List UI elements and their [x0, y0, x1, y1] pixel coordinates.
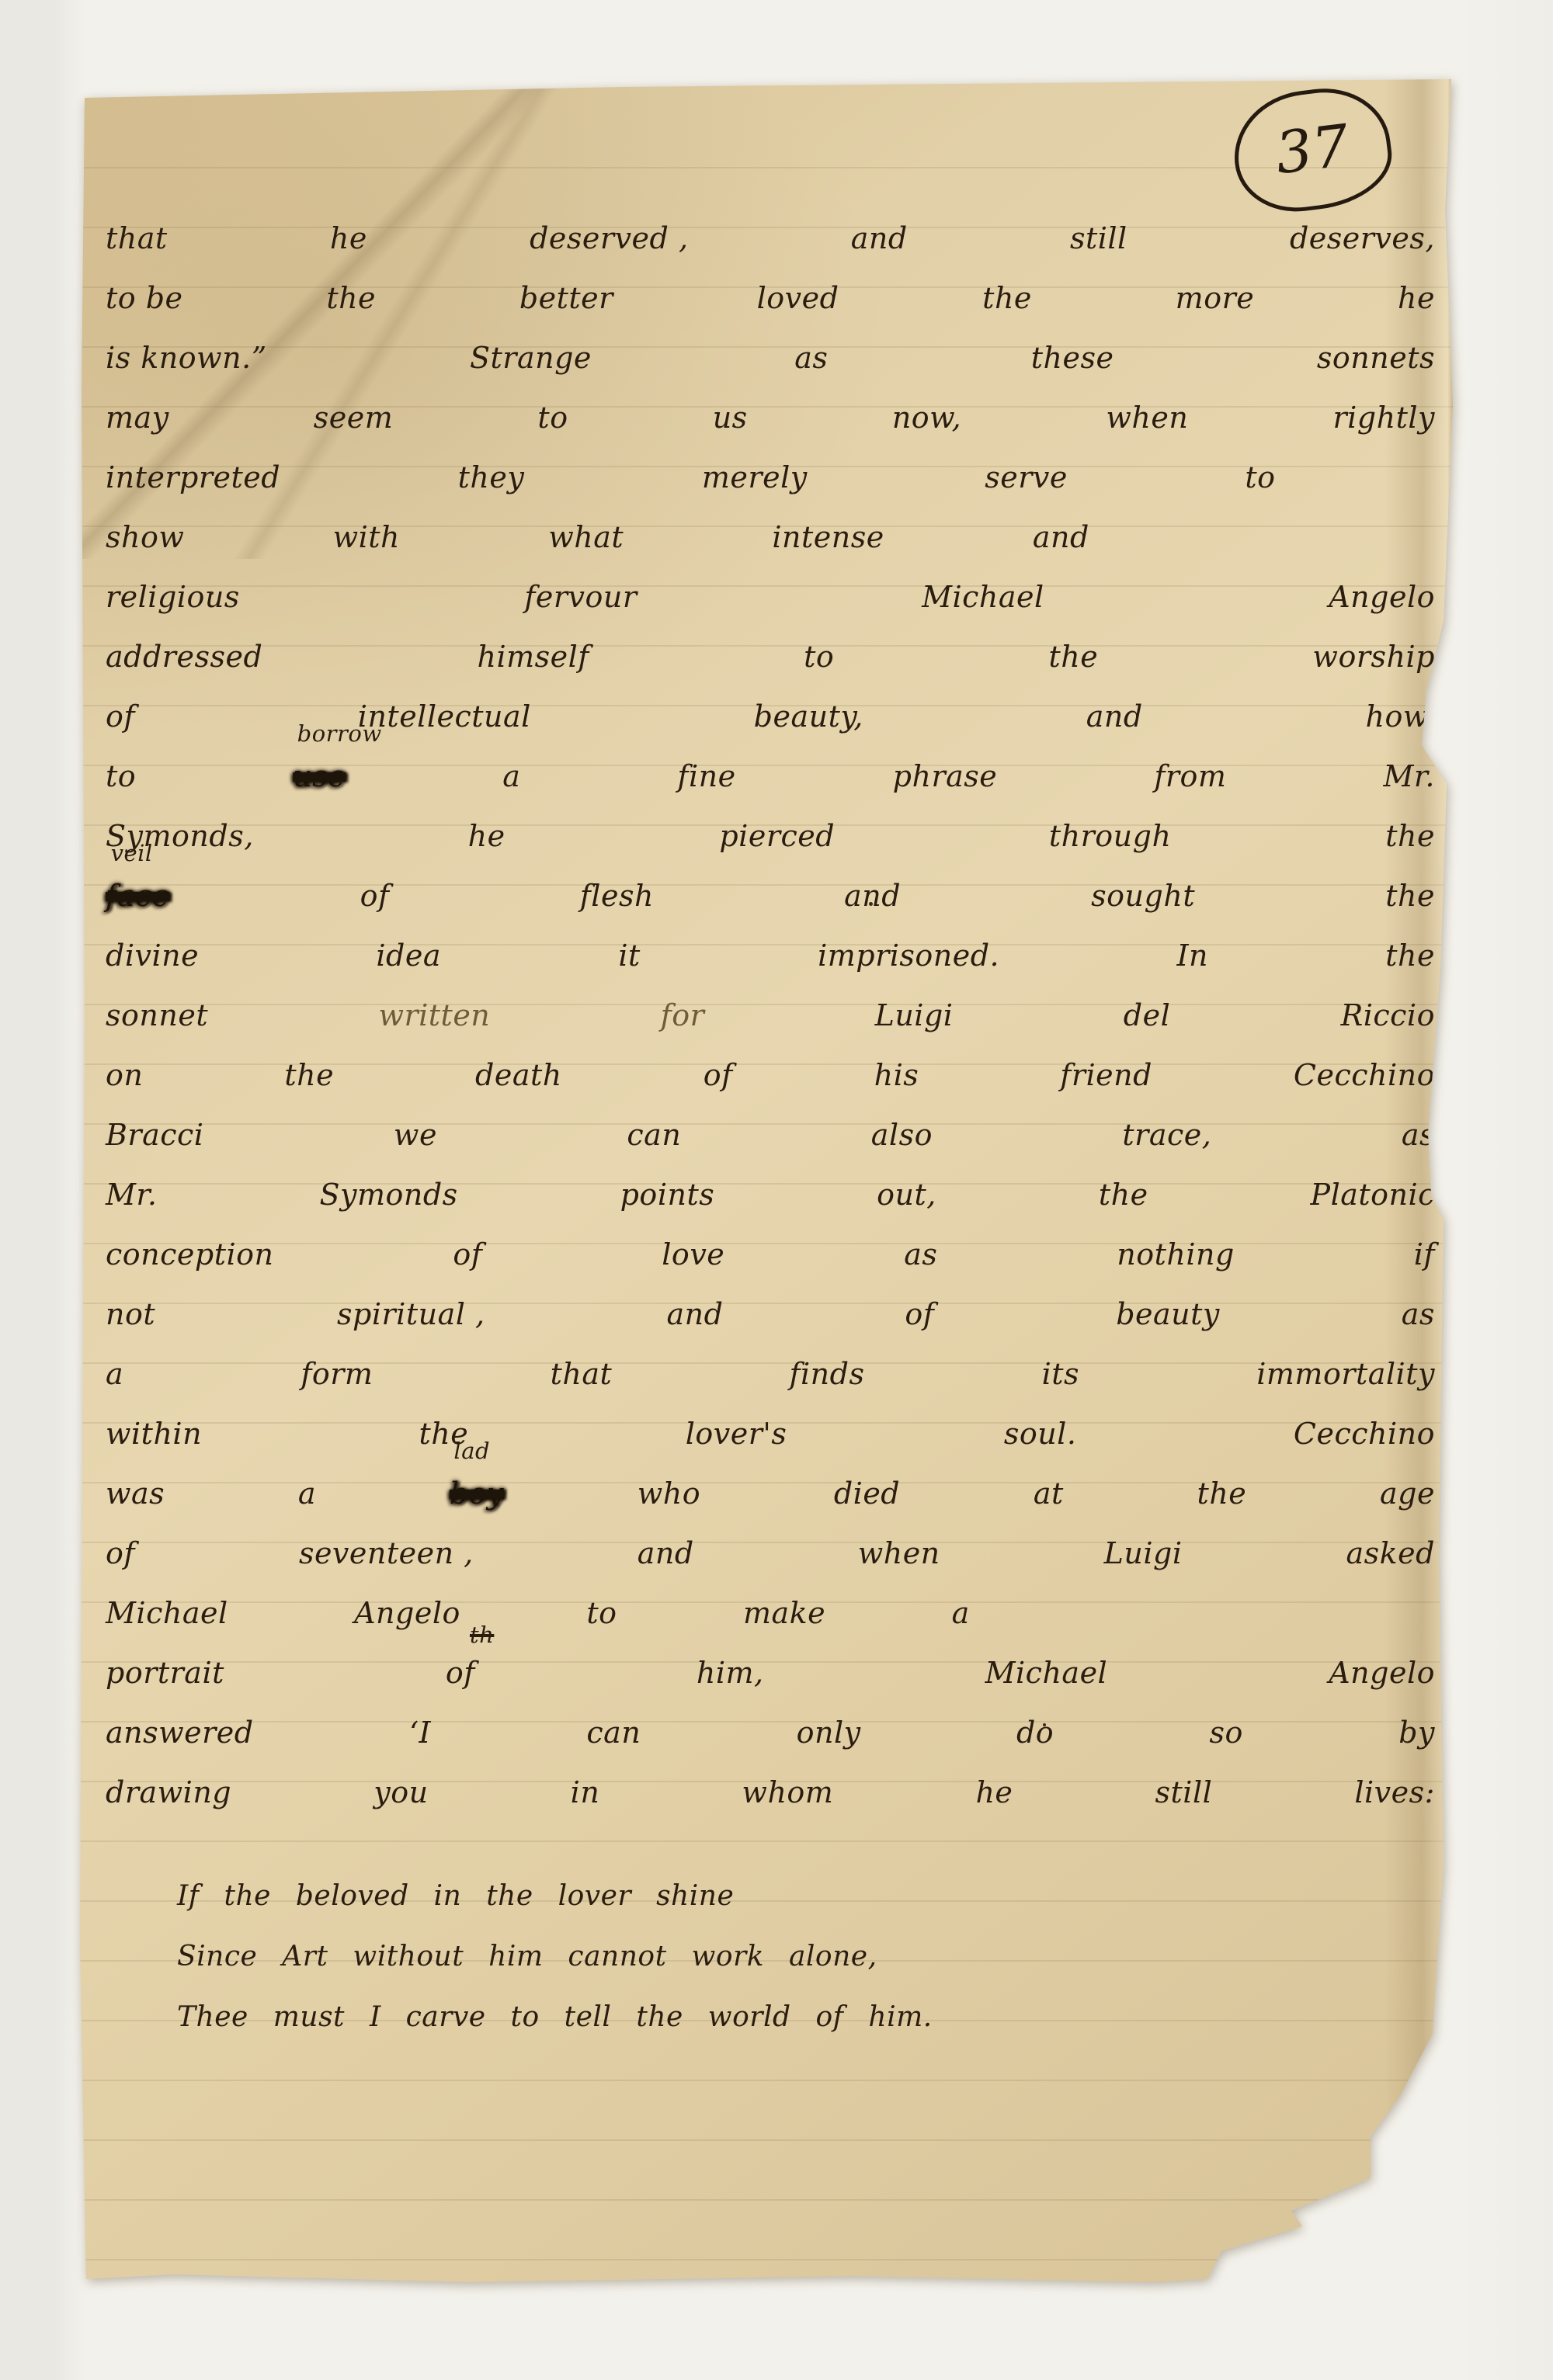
handwritten-word: imprisoned.: [818, 938, 999, 973]
interlinear-insertion: veil: [111, 840, 153, 866]
handwritten-word: addressed: [106, 640, 262, 674]
handwritten-word: now,: [892, 401, 961, 435]
handwritten-word: Luigi: [875, 998, 954, 1032]
interlinear-insertion: borrow: [297, 720, 382, 747]
page-number: 37: [1272, 113, 1353, 188]
manuscript-page: 37 thathedeserved ,andstilldeserves,to b…: [80, 78, 1453, 2282]
handwritten-word: out,: [877, 1178, 936, 1212]
manuscript-line: addressedhimselftotheworship: [106, 619, 1435, 678]
struck-word: faceveil: [106, 879, 170, 913]
handwritten-word: In: [1176, 938, 1207, 973]
handwritten-word: if: [1414, 1237, 1435, 1272]
handwritten-word: Riccio: [1341, 998, 1435, 1032]
handwritten-word: how,: [1366, 699, 1435, 734]
verse-block: If the beloved in the lover shineSince A…: [177, 1880, 933, 2062]
handwritten-word: deserved ,: [530, 221, 688, 255]
handwritten-word: when: [1106, 401, 1188, 435]
manuscript-line: withinthelover'ssoul.Cecchino: [106, 1396, 1435, 1455]
handwritten-word: at: [1034, 1476, 1064, 1511]
handwritten-word: you: [373, 1775, 428, 1809]
handwritten-word: what: [548, 520, 624, 554]
handwritten-word: fine: [677, 759, 735, 793]
handwritten-word: the: [982, 281, 1032, 315]
handwritten-word: his: [874, 1058, 919, 1092]
verse-line: Since Art without him cannot work alone,: [177, 1941, 933, 2001]
handwritten-word: with: [333, 520, 400, 554]
handwritten-word: that: [551, 1357, 613, 1391]
manuscript-line: onthedeathofhisfriendCecchino: [106, 1037, 1435, 1097]
manuscript-line: to bethebetterlovedthemorehe: [106, 260, 1435, 320]
handwritten-word: trace,: [1122, 1118, 1211, 1152]
handwritten-word: conception: [106, 1237, 274, 1272]
handwritten-word: Michael: [106, 1596, 228, 1630]
handwritten-word: in: [571, 1775, 600, 1809]
handwritten-word: also: [871, 1118, 933, 1152]
manuscript-line: conceptionofloveasnothingif: [106, 1216, 1435, 1276]
handwritten-word: Mr.: [106, 1178, 157, 1212]
handwritten-word: religious: [106, 580, 240, 614]
handwritten-word: beauty: [1116, 1297, 1220, 1331]
handwritten-word: Platonic: [1311, 1178, 1435, 1212]
interlinear-insertion: th: [470, 1622, 494, 1648]
handwritten-word: is known.”: [106, 341, 267, 375]
manuscript-line: drawingyouinwhomhestilllives:: [106, 1754, 1435, 1814]
handwritten-word: only: [797, 1716, 861, 1750]
handwritten-word: can: [627, 1118, 681, 1152]
handwritten-word: and: [1086, 699, 1143, 734]
handwritten-word: pierced: [719, 819, 835, 853]
handwritten-word: he: [1398, 281, 1435, 315]
manuscript-line: notspiritual ,andofbeautyas: [106, 1276, 1435, 1336]
handwritten-word: a: [106, 1357, 123, 1391]
manuscript-line: portraitofthhim,MichaelAngelo: [106, 1635, 1435, 1695]
handwritten-word: interpreted: [106, 460, 280, 494]
manuscript-line: thathedeserved ,andstilldeserves,: [106, 200, 1435, 260]
handwritten-word: serve: [985, 460, 1068, 494]
handwritten-word: through: [1049, 819, 1172, 853]
handwritten-word: Angelo: [354, 1596, 460, 1630]
handwritten-word: beauty,: [754, 699, 863, 734]
handwritten-word: asked: [1346, 1536, 1435, 1570]
handwritten-word: sonnet: [106, 998, 208, 1032]
handwritten-word: loved: [757, 281, 839, 315]
handwritten-word: of: [360, 879, 390, 913]
handwritten-word: he: [975, 1775, 1013, 1809]
struck-word: useborrow: [293, 759, 346, 793]
handwritten-word: the: [1099, 1178, 1148, 1212]
handwritten-word: still: [1155, 1775, 1213, 1809]
handwritten-word: the: [326, 281, 376, 315]
handwritten-word: ‘I: [409, 1716, 431, 1750]
handwritten-word: age: [1380, 1476, 1435, 1511]
handwritten-word: and: [844, 879, 901, 913]
handwritten-word: from: [1154, 759, 1226, 793]
handwritten-word: flesh: [580, 879, 654, 913]
handwritten-word: rightly: [1332, 401, 1435, 435]
manuscript-line: ofseventeen ,andwhenLuigiasked: [106, 1515, 1435, 1575]
handwritten-word: and: [638, 1536, 694, 1570]
handwritten-word: it: [618, 938, 640, 973]
handwritten-word: the: [1385, 938, 1435, 973]
handwritten-word: the: [1385, 819, 1435, 853]
handwritten-word: Michael: [922, 580, 1044, 614]
handwritten-word: as: [904, 1237, 937, 1272]
manuscript-line: mayseemtousnow,whenrightly: [106, 380, 1435, 439]
handwritten-word: Symonds: [319, 1178, 457, 1212]
handwritten-word: not: [106, 1297, 155, 1331]
handwritten-word: deserves,: [1290, 221, 1435, 255]
handwritten-word: nothing: [1117, 1237, 1235, 1272]
handwritten-word: of: [905, 1297, 934, 1331]
handwritten-word: these: [1031, 341, 1114, 375]
manuscript-line: touseborrowafinephrasefromMr.: [106, 738, 1435, 798]
scanned-manuscript: { "page": { "type": "handwritten manuscr…: [0, 0, 1553, 2380]
handwritten-word: spiritual ,: [337, 1297, 485, 1331]
handwritten-word: love: [662, 1237, 724, 1272]
handwritten-word: we: [394, 1118, 437, 1152]
handwritten-word: make: [743, 1596, 825, 1630]
handwritten-word: when: [858, 1536, 940, 1570]
handwritten-word: drawing: [106, 1775, 231, 1809]
handwritten-word: Angelo: [1329, 1656, 1435, 1690]
manuscript-line: answered‘Icanonlydosoby: [106, 1695, 1435, 1754]
handwritten-word: Luigi: [1104, 1536, 1183, 1570]
handwritten-word: Mr.: [1384, 759, 1435, 793]
handwritten-word: more: [1176, 281, 1255, 315]
handwritten-word: still: [1070, 221, 1127, 255]
handwritten-word: him,: [697, 1656, 764, 1690]
handwritten-word: of: [106, 699, 135, 734]
handwritten-word: points: [620, 1178, 715, 1212]
handwritten-word: may: [106, 401, 169, 435]
handwritten-word: they: [458, 460, 525, 494]
manuscript-line: is known.”Strangeasthesesonnets: [106, 320, 1435, 380]
handwritten-word: to: [106, 759, 136, 793]
handwritten-word: us: [713, 401, 748, 435]
handwritten-word: to: [586, 1596, 617, 1630]
handwritten-word: answered: [106, 1716, 254, 1750]
handwritten-word: a: [952, 1596, 970, 1630]
handwritten-word: intellectual: [358, 699, 531, 734]
handwritten-word: by: [1398, 1716, 1435, 1750]
handwritten-word: the: [1197, 1476, 1247, 1511]
handwritten-word: so: [1209, 1716, 1242, 1750]
handwritten-word: to: [804, 640, 834, 674]
handwritten-word: the: [1048, 640, 1098, 674]
manuscript-line: interpretedtheymerelyserveto: [106, 439, 1276, 499]
ink-speck: [210, 592, 214, 595]
handwritten-word: ofth: [446, 1656, 475, 1690]
handwritten-word: form: [301, 1357, 373, 1391]
verse-line: If the beloved in the lover shine: [177, 1880, 933, 1941]
handwritten-word: he: [468, 819, 506, 853]
handwritten-word: merely: [702, 460, 808, 494]
handwritten-word: of: [453, 1237, 482, 1272]
handwritten-word: and: [666, 1297, 723, 1331]
handwritten-word: Michael: [985, 1656, 1108, 1690]
handwritten-word: idea: [376, 938, 441, 973]
handwritten-word: immortality: [1256, 1357, 1435, 1391]
handwritten-word: divine: [106, 938, 199, 973]
handwritten-word: as: [1402, 1297, 1435, 1331]
manuscript-lines: thathedeserved ,andstilldeserves,to beth…: [106, 200, 1435, 1814]
handwritten-word: can: [586, 1716, 641, 1750]
handwritten-word: soul.: [1004, 1417, 1077, 1451]
handwritten-word: its: [1042, 1357, 1079, 1391]
handwritten-word: and: [1033, 520, 1089, 554]
manuscript-line: MichaelAngelotomakea: [106, 1575, 970, 1635]
handwritten-word: death: [475, 1058, 562, 1092]
handwritten-word: worship: [1312, 640, 1435, 674]
handwritten-word: on: [106, 1058, 143, 1092]
handwritten-word: friend: [1060, 1058, 1152, 1092]
ink-speck: [1043, 1723, 1046, 1726]
handwritten-word: Cecchino: [1294, 1058, 1435, 1092]
handwritten-word: sought: [1091, 879, 1195, 913]
handwritten-word: within: [106, 1417, 202, 1451]
manuscript-line: religiousfervourMichaelAngelo: [106, 559, 1435, 619]
handwritten-word: and: [851, 221, 908, 255]
handwritten-word: seventeen ,: [299, 1536, 474, 1570]
handwritten-word: of: [704, 1058, 733, 1092]
handwritten-word: Angelo: [1329, 580, 1435, 614]
handwritten-word: that: [106, 221, 168, 255]
handwritten-word: show: [106, 520, 184, 554]
handwritten-word: died: [834, 1476, 900, 1511]
handwritten-word: seem: [314, 401, 394, 435]
handwritten-word: finds: [789, 1357, 864, 1391]
manuscript-line: Symonds,hepiercedthroughthe: [106, 798, 1435, 858]
handwritten-word: a: [298, 1476, 316, 1511]
manuscript-line: faceveiloffleshandsoughtthe: [106, 858, 1435, 918]
handwritten-word: whom: [742, 1775, 833, 1809]
handwritten-word: better: [519, 281, 613, 315]
verse-line: Thee must I carve to tell the world of h…: [177, 2001, 933, 2062]
handwritten-word: lover's: [686, 1417, 787, 1451]
handwritten-word: sonnets: [1317, 341, 1435, 375]
handwritten-word: Bracci: [106, 1118, 203, 1152]
manuscript-line: Bracciwecanalsotrace,as: [106, 1097, 1435, 1157]
ink-speck: [869, 902, 873, 906]
handwritten-word: to be: [106, 281, 183, 315]
handwritten-word: he: [330, 221, 367, 255]
manuscript-line: sonnetwrittenforLuigidelRiccio: [106, 977, 1435, 1037]
handwritten-word: to: [537, 401, 568, 435]
handwritten-word: intense: [772, 520, 884, 554]
manuscript-line: aformthatfindsitsimmortality: [106, 1336, 1435, 1396]
handwritten-word: lives:: [1354, 1775, 1435, 1809]
handwritten-word: for: [661, 998, 705, 1032]
handwritten-word: phrase: [893, 759, 998, 793]
manuscript-line: divineideaitimprisoned.Inthe: [106, 918, 1435, 977]
handwritten-word: who: [638, 1476, 700, 1511]
handwritten-word: to: [1245, 460, 1275, 494]
handwritten-word: portrait: [106, 1656, 224, 1690]
manuscript-line: wasaboyladwhodiedattheage: [106, 1455, 1435, 1515]
handwritten-word: of: [106, 1536, 135, 1570]
handwritten-word: Strange: [470, 341, 592, 375]
manuscript-line: showwithwhatintenseand: [106, 499, 1089, 559]
handwritten-word: a: [502, 759, 520, 793]
paper-shadow-wrapper: 37 thathedeserved ,andstilldeserves,to b…: [0, 0, 1553, 2380]
manuscript-line: Mr.Symondspointsout,thePlatonic: [106, 1157, 1435, 1216]
handwritten-word: the: [284, 1058, 334, 1092]
handwritten-word: del: [1124, 998, 1170, 1032]
handwritten-word: written: [378, 998, 490, 1032]
handwritten-word: do: [1016, 1716, 1054, 1750]
handwritten-word: as: [1402, 1118, 1435, 1152]
handwritten-word: fervour: [524, 580, 637, 614]
handwritten-word: was: [106, 1476, 165, 1511]
struck-word: boylad: [450, 1476, 504, 1511]
interlinear-insertion: lad: [453, 1438, 490, 1464]
handwritten-word: Cecchino: [1294, 1417, 1435, 1451]
handwritten-word: himself: [478, 640, 589, 674]
handwritten-word: the: [1385, 879, 1435, 913]
handwritten-word: as: [794, 341, 828, 375]
